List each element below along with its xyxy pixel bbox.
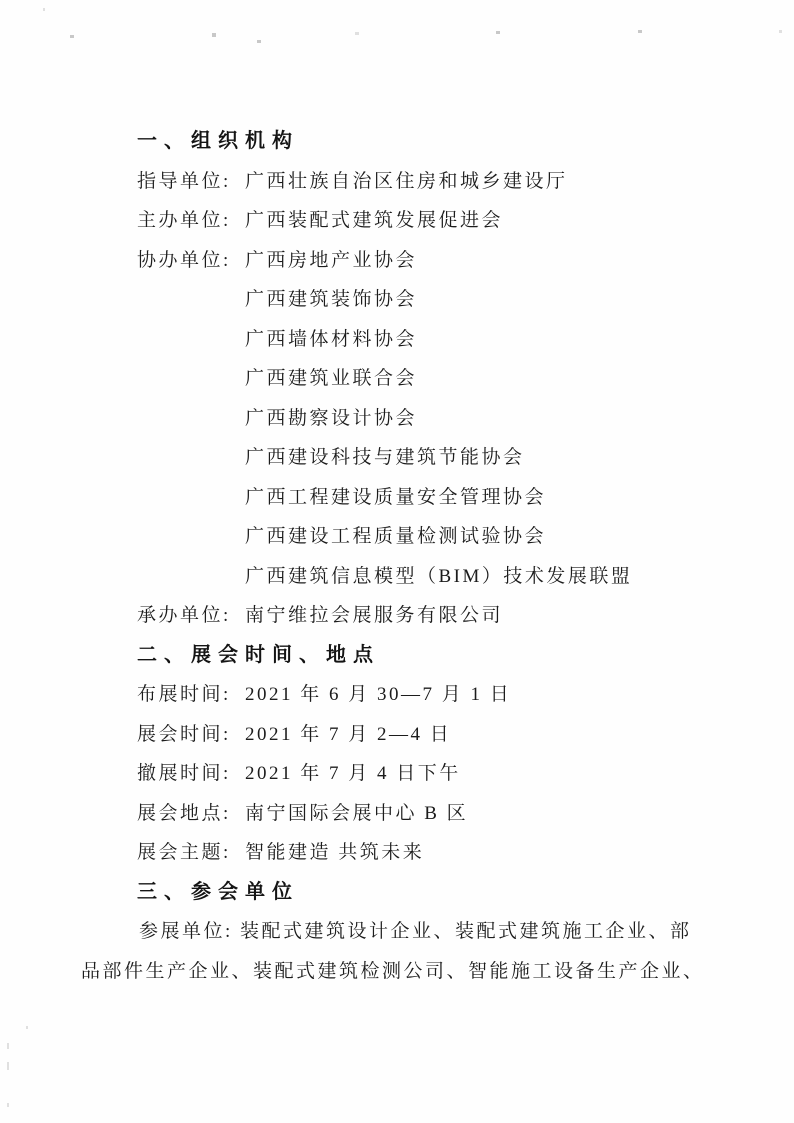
field-label: 承办单位: xyxy=(137,596,245,636)
scan-speck xyxy=(496,31,500,34)
co-organizer-item: 广西建筑信息模型（BIM）技术发展联盟 xyxy=(81,557,712,597)
field-label: 主办单位: xyxy=(137,201,245,241)
field-label: 指导单位: xyxy=(137,162,245,202)
field-row-undertaker: 承办单位:南宁维拉会展服务有限公司 xyxy=(81,596,712,636)
field-label: 展会时间: xyxy=(137,715,245,755)
field-value: 广西壮族自治区住房和城乡建设厅 xyxy=(245,171,568,192)
section-heading-participants: 三、参会单位 xyxy=(81,873,712,913)
scan-speck xyxy=(43,8,45,11)
scan-speck xyxy=(779,30,782,33)
field-value: 2021 年 7 月 4 日下午 xyxy=(245,763,461,784)
paragraph-line: 参展单位: 装配式建筑设计企业、装配式建筑施工企业、部 xyxy=(81,912,712,952)
field-row-co-organizer: 协办单位:广西房地产业协会 xyxy=(81,241,712,281)
field-row-theme: 展会主题:智能建造 共筑未来 xyxy=(81,833,712,873)
field-value: 南宁国际会展中心 B 区 xyxy=(245,803,468,824)
scan-speck xyxy=(7,1043,9,1049)
scan-speck xyxy=(212,33,216,37)
scan-speck xyxy=(70,35,74,38)
field-label: 布展时间: xyxy=(137,675,245,715)
co-organizer-item: 广西勘察设计协会 xyxy=(81,399,712,439)
scan-speck xyxy=(355,32,359,35)
scan-speck xyxy=(257,40,261,43)
field-label: 协办单位: xyxy=(137,241,245,281)
field-value: 2021 年 7 月 2—4 日 xyxy=(245,724,451,745)
field-row-setup-time: 布展时间:2021 年 6 月 30—7 月 1 日 xyxy=(81,675,712,715)
co-organizer-item: 广西建筑装饰协会 xyxy=(81,280,712,320)
scan-speck xyxy=(7,1062,9,1070)
field-label: 撤展时间: xyxy=(137,754,245,794)
field-row-exhibition-time: 展会时间:2021 年 7 月 2—4 日 xyxy=(81,715,712,755)
field-row-host-unit: 主办单位:广西装配式建筑发展促进会 xyxy=(81,201,712,241)
field-row-venue: 展会地点:南宁国际会展中心 B 区 xyxy=(81,794,712,834)
section-heading-time-place: 二、展会时间、地点 xyxy=(81,636,712,676)
field-row-guiding-unit: 指导单位:广西壮族自治区住房和城乡建设厅 xyxy=(81,162,712,202)
paragraph-line: 品部件生产企业、装配式建筑检测公司、智能施工设备生产企业、 xyxy=(81,952,712,992)
co-organizer-item: 广西工程建设质量安全管理协会 xyxy=(81,478,712,518)
field-label: 展会地点: xyxy=(137,794,245,834)
field-value: 南宁维拉会展服务有限公司 xyxy=(245,605,503,626)
co-organizer-item: 广西建设工程质量检测试验协会 xyxy=(81,517,712,557)
co-organizer-item: 广西建筑业联合会 xyxy=(81,359,712,399)
field-value: 广西房地产业协会 xyxy=(245,250,417,271)
scan-speck xyxy=(638,30,642,33)
field-row-teardown-time: 撤展时间:2021 年 7 月 4 日下午 xyxy=(81,754,712,794)
field-value: 2021 年 6 月 30—7 月 1 日 xyxy=(245,684,511,705)
scan-speck xyxy=(26,1026,28,1029)
co-organizer-item: 广西墙体材料协会 xyxy=(81,320,712,360)
scanned-document-page: 一、组织机构 指导单位:广西壮族自治区住房和城乡建设厅 主办单位:广西装配式建筑… xyxy=(0,0,794,1123)
field-value: 智能建造 共筑未来 xyxy=(245,842,424,863)
co-organizer-item: 广西建设科技与建筑节能协会 xyxy=(81,438,712,478)
document-body: 一、组织机构 指导单位:广西壮族自治区住房和城乡建设厅 主办单位:广西装配式建筑… xyxy=(81,122,712,991)
field-value: 广西装配式建筑发展促进会 xyxy=(245,210,503,231)
section-heading-organization: 一、组织机构 xyxy=(81,122,712,162)
field-label: 展会主题: xyxy=(137,833,245,873)
scan-speck xyxy=(7,1103,9,1107)
